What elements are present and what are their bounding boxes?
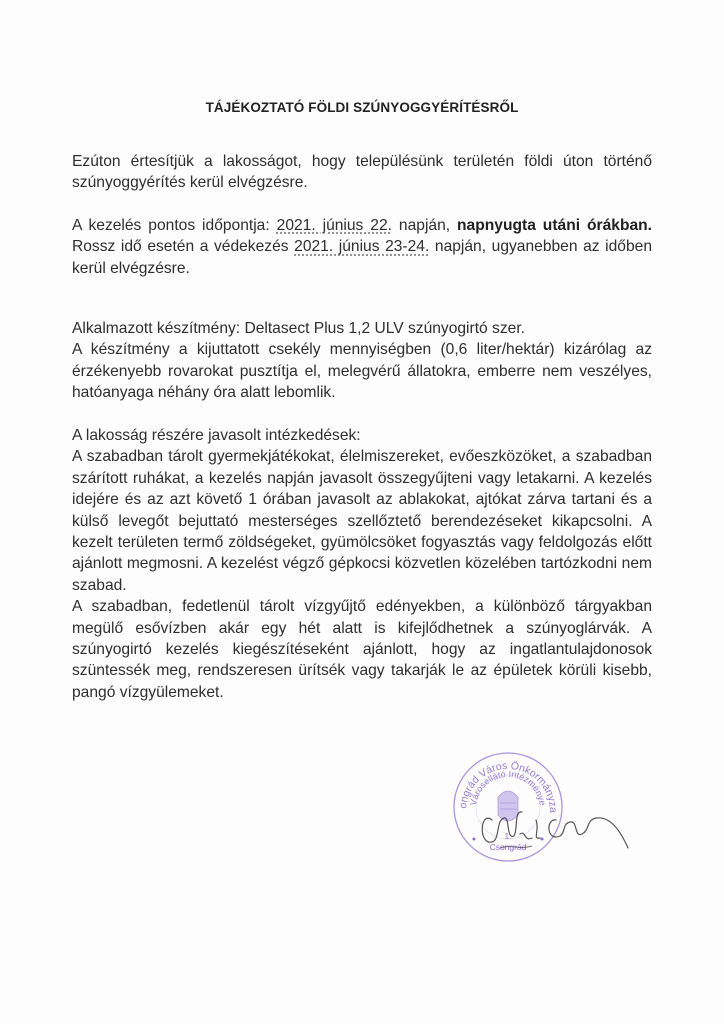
product-line: Alkalmazott készítmény: Deltasect Plus 1… — [72, 318, 652, 339]
intro-text: Ezúton értesítjük a lakosságot, hogy tel… — [72, 151, 652, 194]
product-paragraph: Alkalmazott készítmény: Deltasect Plus 1… — [72, 318, 652, 404]
signature — [470, 790, 630, 860]
backup-date: 2021. június 23-24. — [294, 238, 429, 255]
treatment-time: napnyugta utáni órákban. — [457, 217, 652, 234]
document-title: TÁJÉKOZTATÓ FÖLDI SZÚNYOGGYÉRÍTÉSRŐL — [0, 100, 724, 115]
schedule-paragraph: A kezelés pontos időpontja: 2021. június… — [72, 215, 652, 279]
schedule-mid: napján, — [392, 217, 457, 234]
intro-paragraph: Ezúton értesítjük a lakosságot, hogy tel… — [72, 151, 652, 194]
backup-prefix: Rossz idő esetén a védekezés — [72, 238, 294, 255]
product-description: A készítmény a kijuttatott csekély menny… — [72, 339, 652, 403]
document-page: TÁJÉKOZTATÓ FÖLDI SZÚNYOGGYÉRÍTÉSRŐL Ezú… — [0, 0, 724, 1024]
schedule-prefix: A kezelés pontos időpontja: — [72, 217, 277, 234]
measures-paragraph-1: A szabadban tárolt gyermekjátékokat, éle… — [72, 446, 652, 596]
measures-heading: A lakosság részére javasolt intézkedések… — [72, 425, 652, 446]
measures-paragraph-2: A szabadban, fedetlenül tárolt vízgyűjtő… — [72, 596, 652, 703]
measures-section: A lakosság részére javasolt intézkedések… — [72, 425, 652, 703]
treatment-date: 2021. június 22. — [277, 217, 392, 234]
